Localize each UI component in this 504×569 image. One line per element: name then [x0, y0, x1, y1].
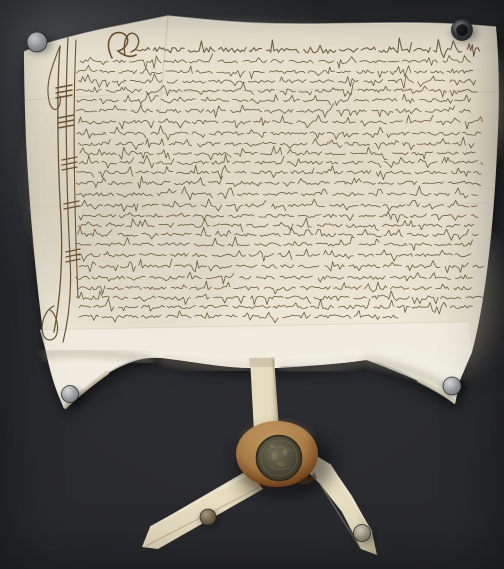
seal-matrix: [257, 436, 302, 481]
pin-top-right: [452, 20, 478, 42]
charter-photo-svg: [0, 0, 504, 569]
pin-tail-right: [354, 525, 376, 544]
seal-tag: [249, 357, 279, 432]
pin-top-left: [27, 32, 52, 53]
seal-assembly: [142, 357, 377, 555]
archive-photograph: [0, 0, 504, 569]
parchment-sheet: [24, 16, 500, 408]
pin-bottom-right: [443, 377, 466, 396]
